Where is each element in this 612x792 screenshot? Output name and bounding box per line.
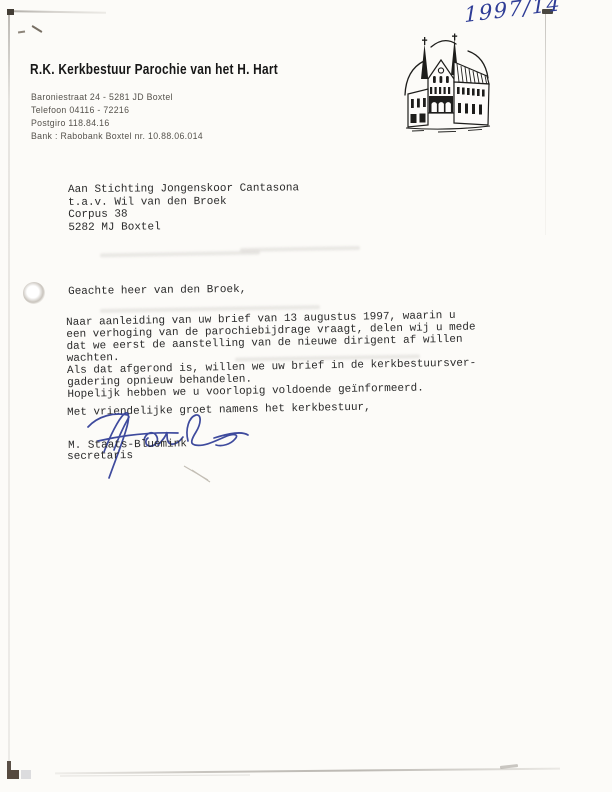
scan-artifact-topleft-line [14,10,106,14]
pen-mark-small [18,31,25,34]
scan-artifact-bottom-mark [7,761,11,771]
letterhead-phone-line: Telefoon 04116 - 72216 [31,104,203,117]
letterhead-bank-line: Bank : Rabobank Boxtel nr. 10.88.06.014 [31,130,203,143]
ink-smudge [240,246,360,252]
scan-artifact-bottom-line [55,768,560,774]
scan-artifact-right-edge [545,13,546,235]
letterhead-address-line: Baroniestraat 24 - 5281 JD Boxtel [31,91,203,104]
scan-artifact-bottom-speck [21,770,31,779]
ink-smudge [100,305,320,313]
scan-artifact-bottom-mark [7,770,19,779]
scan-artifact-bottom-line [60,775,250,777]
scan-artifact-topleft-mark [7,9,14,15]
church-illustration-icon [398,33,498,150]
letterhead-title: R.K. Kerkbestuur Parochie van het H. Har… [30,62,278,78]
scanned-letter-page: R.K. Kerkbestuur Parochie van het H. Har… [0,0,612,792]
scan-artifact-bottom-dash [500,764,518,769]
letter-body: Naar aanleiding van uw brief van 13 augu… [66,309,477,400]
handwritten-archive-number: 1997/14 [464,0,561,27]
pen-mark-diagonal [31,25,42,33]
signer-role: secretaris [67,450,133,463]
ink-smudge [100,251,260,258]
recipient-line: 5282 MJ Boxtel [68,220,299,234]
letterhead-giro-line: Postgiro 118.84.16 [31,117,203,130]
scan-artifact-left-edge [8,10,10,775]
recipient-line: Aan Stichting Jongenskoor Cantasona [68,182,299,196]
punch-hole-mark [23,282,45,304]
letterhead-address-block: Baroniestraat 24 - 5281 JD Boxtel Telefo… [31,91,203,143]
salutation: Geachte heer van den Broek, [68,284,246,298]
recipient-address-block: Aan Stichting Jongenskoor Cantasona t.a.… [68,182,299,234]
